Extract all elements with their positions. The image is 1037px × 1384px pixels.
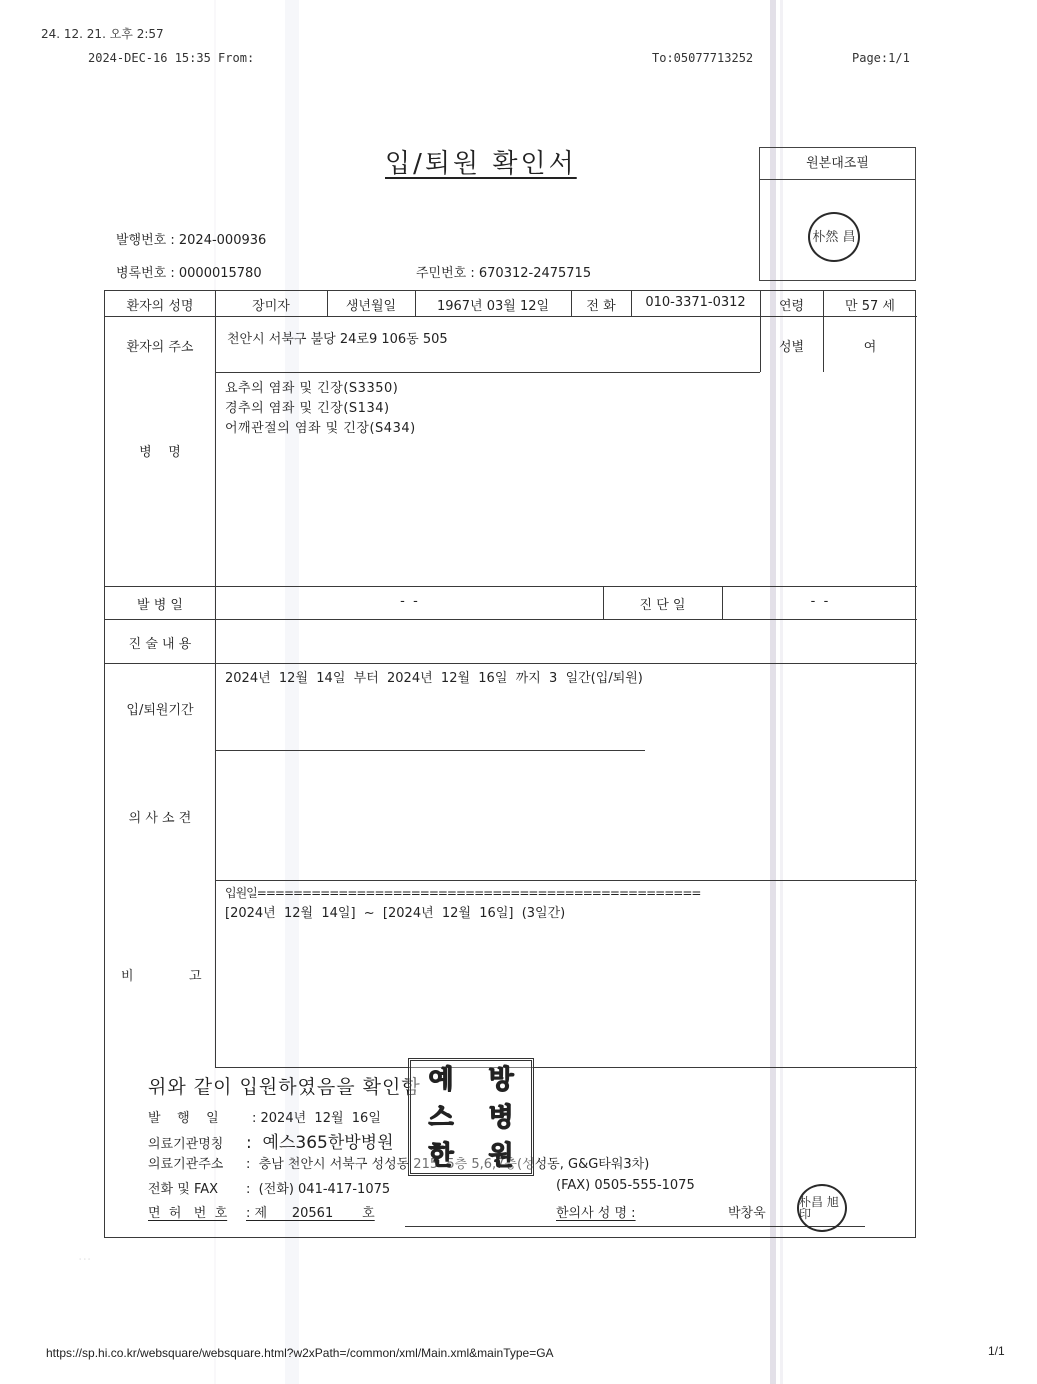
doctor-seal-icon: 朴昌 旭印 — [797, 1184, 847, 1232]
institution-name-label: 의료기관명칭 — [148, 1133, 223, 1152]
sex-label: 성별 — [760, 336, 823, 355]
patient-name: 장미자 — [215, 295, 327, 314]
license-number: : 제 20561 호 — [246, 1202, 375, 1221]
divider — [215, 1067, 917, 1068]
remarks-admission-range: [2024년 12월 14일] ~ [2024년 12월 16일] (3일간) — [225, 902, 565, 921]
stamp-glyph: 방 — [471, 1061, 531, 1099]
remarks-label-1: 비 — [121, 965, 134, 984]
resident-number: 주민번호 : 670312-2475715 — [416, 262, 591, 281]
verify-seal-icon: 朴然 昌 — [808, 212, 860, 262]
phone-fax-label: 전화 및 FAX — [148, 1178, 218, 1197]
document-title: 입/퇴원 확인서 — [385, 143, 577, 180]
remarks-label-2: 고 — [189, 965, 202, 984]
dob-value: 1967년 03월 12일 — [415, 295, 571, 314]
chart-number: 병록번호 : 0000015780 — [116, 262, 262, 281]
doctor-label: 한의사 성 명 : — [556, 1206, 636, 1221]
doctor-opinion-label: 의 사 소 견 — [105, 807, 215, 826]
institution-address-label: 의료기관주소 — [148, 1153, 223, 1172]
divider — [215, 750, 645, 751]
diagnosis-item: 요추의 염좌 및 긴장(S3350) — [225, 379, 398, 399]
fax-header-sender: 2024-DEC-16 15:35 From: — [88, 51, 254, 65]
address-value: 천안시 서북구 불당 24로9 106동 505 — [227, 328, 448, 347]
print-page-number: 1/1 — [988, 1344, 1005, 1358]
license-label: 면 허 번 호 — [148, 1202, 227, 1221]
phone-label: 전 화 — [571, 295, 631, 314]
sex-value: 여 — [823, 336, 917, 355]
doctor-signature-line: 한의사 성 명 : 박창욱 — [556, 1202, 796, 1221]
admission-period-label: 입/퇴원기간 — [105, 699, 215, 718]
diagnosis-item: 경추의 염좌 및 긴장(S134) — [225, 399, 390, 419]
institution-fax: (FAX) 0505-555-1075 — [556, 1178, 695, 1193]
fax-header-page: Page:1/1 — [852, 51, 910, 65]
statement-label: 진 술 내 용 — [105, 633, 215, 652]
issue-number: 발행번호 : 2024-000936 — [116, 229, 266, 248]
issue-date-label: 발 행 일 — [148, 1107, 219, 1126]
patient-name-label: 환자의 성명 — [105, 295, 215, 314]
stamp-glyph: 한 — [411, 1137, 471, 1175]
divider — [215, 880, 917, 881]
diagnosis-item: 어깨관절의 염좌 및 긴장(S434) — [225, 419, 416, 439]
admission-period-value: 2024년 12월 14일 부터 2024년 12월 16일 까지 3 일간(입… — [225, 667, 643, 686]
divider — [105, 619, 917, 620]
doctor-name: 박창욱 — [728, 1202, 766, 1221]
issue-date-value: : 2024년 12월 16일 — [252, 1107, 381, 1126]
institution-name-value: : 예스365한방병원 — [246, 1128, 394, 1153]
original-verified-box: 원본대조필 朴然 昌 — [759, 147, 916, 281]
confirmation-statement: 위와 같이 입원하였음을 확인함 — [148, 1072, 421, 1099]
original-verified-label: 원본대조필 — [760, 148, 915, 180]
age-value: 만 57 세 — [823, 295, 917, 314]
institution-phone: : (전화) 041-417-1075 — [246, 1178, 390, 1197]
fax-header-recipient: To:05077713252 — [652, 51, 753, 65]
dob-label: 생년월일 — [327, 295, 415, 314]
hospital-stamp-icon: 예 방 스 병 한 원 — [408, 1058, 534, 1176]
age-label: 연령 — [760, 295, 823, 314]
phone-value: 010-3371-0312 — [631, 295, 760, 310]
divider — [215, 372, 760, 373]
stamp-glyph: 원 — [471, 1137, 531, 1175]
stamp-glyph: 병 — [471, 1099, 531, 1137]
stamp-glyph: 스 — [411, 1099, 471, 1137]
ghost-text: ··· — [78, 1252, 91, 1268]
diagnosis-date-label: 진 단 일 — [603, 594, 722, 613]
divider — [405, 1226, 865, 1227]
divider — [215, 291, 216, 1067]
print-timestamp: 24. 12. 21. 오후 2:57 — [41, 25, 164, 42]
diagnosis-date-value: - - — [722, 594, 917, 609]
stamp-glyph: 예 — [411, 1061, 471, 1099]
diagnosis-label: 병 명 — [105, 441, 215, 460]
divider — [105, 663, 917, 664]
address-label: 환자의 주소 — [105, 336, 215, 355]
remarks-admission-heading: 입원일=====================================… — [225, 884, 755, 901]
divider — [105, 586, 917, 587]
print-url: https://sp.hi.co.kr/websquare/websquare.… — [46, 1346, 554, 1360]
onset-value: - - — [215, 594, 603, 609]
divider — [105, 316, 917, 317]
onset-label: 발 병 일 — [105, 594, 215, 613]
